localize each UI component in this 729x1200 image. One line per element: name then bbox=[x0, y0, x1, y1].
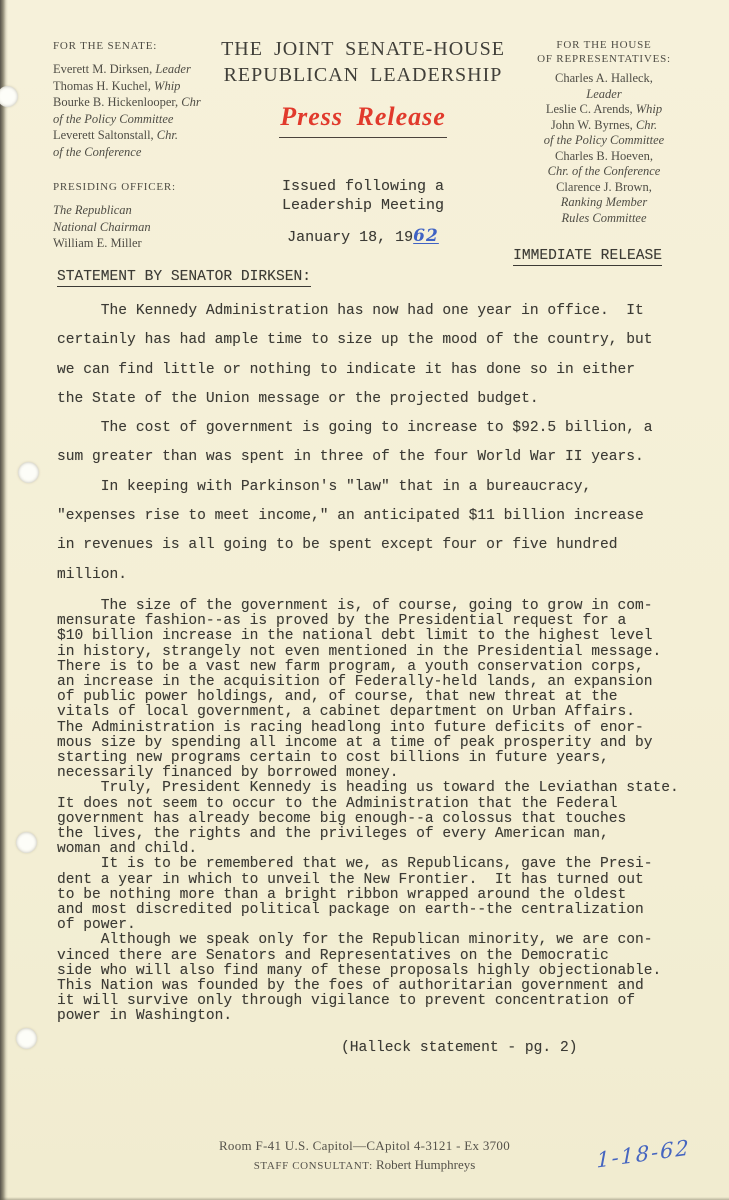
hole-punch bbox=[16, 832, 37, 853]
letterhead-line: Leader bbox=[500, 87, 708, 103]
letterhead-house-block: FOR THE HOUSE OF REPRESENTATIVES: Charle… bbox=[500, 38, 708, 226]
person-title: of the Conference bbox=[53, 145, 141, 159]
letterhead-senate-block: FOR THE SENATE: Everett M. Dirksen, Lead… bbox=[53, 40, 223, 252]
press-release-page: FOR THE SENATE: Everett M. Dirksen, Lead… bbox=[0, 0, 729, 1200]
letterhead-line: Leverett Saltonstall, Chr. bbox=[53, 127, 223, 144]
body-paragraph: Truly, President Kennedy is heading us t… bbox=[57, 781, 662, 857]
staff-consultant-label: STAFF CONSULTANT: bbox=[254, 1160, 373, 1172]
house-heading-line1: FOR THE HOUSE bbox=[500, 38, 708, 52]
body-paragraph: The Kennedy Administration has now had o… bbox=[57, 297, 662, 414]
person-name: Charles A. Halleck, bbox=[555, 71, 653, 85]
person-title: Ranking Member bbox=[561, 195, 647, 209]
press-release-label: Press Release bbox=[207, 102, 519, 132]
senate-heading: FOR THE SENATE: bbox=[53, 40, 223, 52]
statement-heading-line: STATEMENT BY SENATOR DIRKSEN: bbox=[57, 269, 662, 290]
letterhead-line: National Chairman bbox=[53, 219, 223, 236]
letterhead-line: Charles A. Halleck, bbox=[500, 71, 708, 87]
house-heading-line2: OF REPRESENTATIVES: bbox=[500, 52, 708, 66]
staff-consultant-name: Robert Humphreys bbox=[376, 1157, 475, 1172]
person-name: Clarence J. Brown, bbox=[556, 180, 652, 194]
date-handwritten-year: 62 bbox=[413, 226, 439, 246]
person-title: of the Policy Committee bbox=[53, 112, 173, 126]
issued-note: Issued following a Leadership Meeting bbox=[207, 177, 519, 215]
hole-punch bbox=[16, 1028, 37, 1049]
person-title: Leader bbox=[152, 62, 191, 76]
letterhead-line: Ranking Member bbox=[500, 195, 708, 211]
person-title: National Chairman bbox=[53, 220, 151, 234]
date-typed: January 18, 19 bbox=[287, 229, 413, 246]
immediate-release-line: IMMEDIATE RELEASE bbox=[57, 248, 662, 268]
person-title: Chr. bbox=[154, 128, 178, 142]
date-line: January 18, 1962 bbox=[207, 226, 519, 246]
person-name: Bourke B. Hickenlooper, bbox=[53, 95, 178, 109]
person-name: Leverett Saltonstall, bbox=[53, 128, 154, 142]
body-paragraph: It is to be remembered that we, as Repub… bbox=[57, 857, 662, 933]
person-title: Whip bbox=[633, 102, 663, 116]
person-name: Charles B. Hoeven, bbox=[555, 149, 653, 163]
hole-punch bbox=[18, 462, 39, 483]
document-title-line1: THE JOINT SENATE-HOUSE bbox=[207, 36, 519, 62]
body-paragraph: The cost of government is going to incre… bbox=[57, 414, 662, 473]
person-name: Thomas H. Kuchel, bbox=[53, 79, 151, 93]
person-title: Chr. of the Conference bbox=[548, 164, 661, 178]
person-title: Chr bbox=[178, 95, 201, 109]
person-name: Leslie C. Arends, bbox=[546, 102, 633, 116]
house-members: Charles A. Halleck,LeaderLeslie C. Arend… bbox=[500, 71, 708, 226]
issued-line1: Issued following a bbox=[207, 177, 519, 196]
letterhead-line: Leslie C. Arends, Whip bbox=[500, 102, 708, 118]
hole-punch bbox=[0, 86, 18, 107]
letterhead-line: The Republican bbox=[53, 202, 223, 219]
person-title: of the Policy Committee bbox=[544, 133, 664, 147]
person-title: Whip bbox=[151, 79, 181, 93]
body-paragraph: The size of the government is, of course… bbox=[57, 599, 662, 781]
document-title-line2: REPUBLICAN LEADERSHIP bbox=[207, 62, 519, 88]
presiding-officer-heading: PRESIDING OFFICER: bbox=[53, 181, 223, 193]
presiding-officer-lines: The RepublicanNational ChairmanWilliam E… bbox=[53, 202, 223, 252]
letterhead-line: Bourke B. Hickenlooper, Chr bbox=[53, 94, 223, 111]
letterhead-line: Chr. of the Conference bbox=[500, 164, 708, 180]
letterhead-line: Charles B. Hoeven, bbox=[500, 149, 708, 165]
statement-heading: STATEMENT BY SENATOR DIRKSEN: bbox=[57, 269, 311, 287]
body-paragraph: In keeping with Parkinson's "law" that i… bbox=[57, 473, 662, 590]
body-paragraph: Although we speak only for the Republica… bbox=[57, 933, 662, 1024]
letterhead-line: Clarence J. Brown, bbox=[500, 180, 708, 196]
letterhead-line: Thomas H. Kuchel, Whip bbox=[53, 78, 223, 95]
continuation-note: (Halleck statement - pg. 2) bbox=[341, 1040, 662, 1056]
person-title: Chr. bbox=[633, 118, 657, 132]
letterhead-center-block: THE JOINT SENATE-HOUSE REPUBLICAN LEADER… bbox=[207, 36, 519, 246]
person-name: John W. Byrnes, bbox=[551, 118, 633, 132]
person-title: Rules Committee bbox=[561, 211, 646, 225]
typed-document-body: IMMEDIATE RELEASE STATEMENT BY SENATOR D… bbox=[57, 248, 662, 1056]
person-name: Everett M. Dirksen, bbox=[53, 62, 152, 76]
page-left-edge-shadow bbox=[0, 0, 8, 1200]
letterhead-line: of the Policy Committee bbox=[53, 111, 223, 128]
senate-members: Everett M. Dirksen, LeaderThomas H. Kuch… bbox=[53, 61, 223, 160]
press-release-underline bbox=[279, 137, 447, 138]
letterhead-line: of the Policy Committee bbox=[500, 133, 708, 149]
letterhead-line: Rules Committee bbox=[500, 211, 708, 227]
letterhead-line: of the Conference bbox=[53, 144, 223, 161]
issued-line2: Leadership Meeting bbox=[207, 196, 519, 215]
person-title: Leader bbox=[586, 87, 621, 101]
immediate-release-label: IMMEDIATE RELEASE bbox=[513, 248, 662, 266]
person-title: The Republican bbox=[53, 203, 132, 217]
letterhead-line: John W. Byrnes, Chr. bbox=[500, 118, 708, 134]
letterhead-line: Everett M. Dirksen, Leader bbox=[53, 61, 223, 78]
